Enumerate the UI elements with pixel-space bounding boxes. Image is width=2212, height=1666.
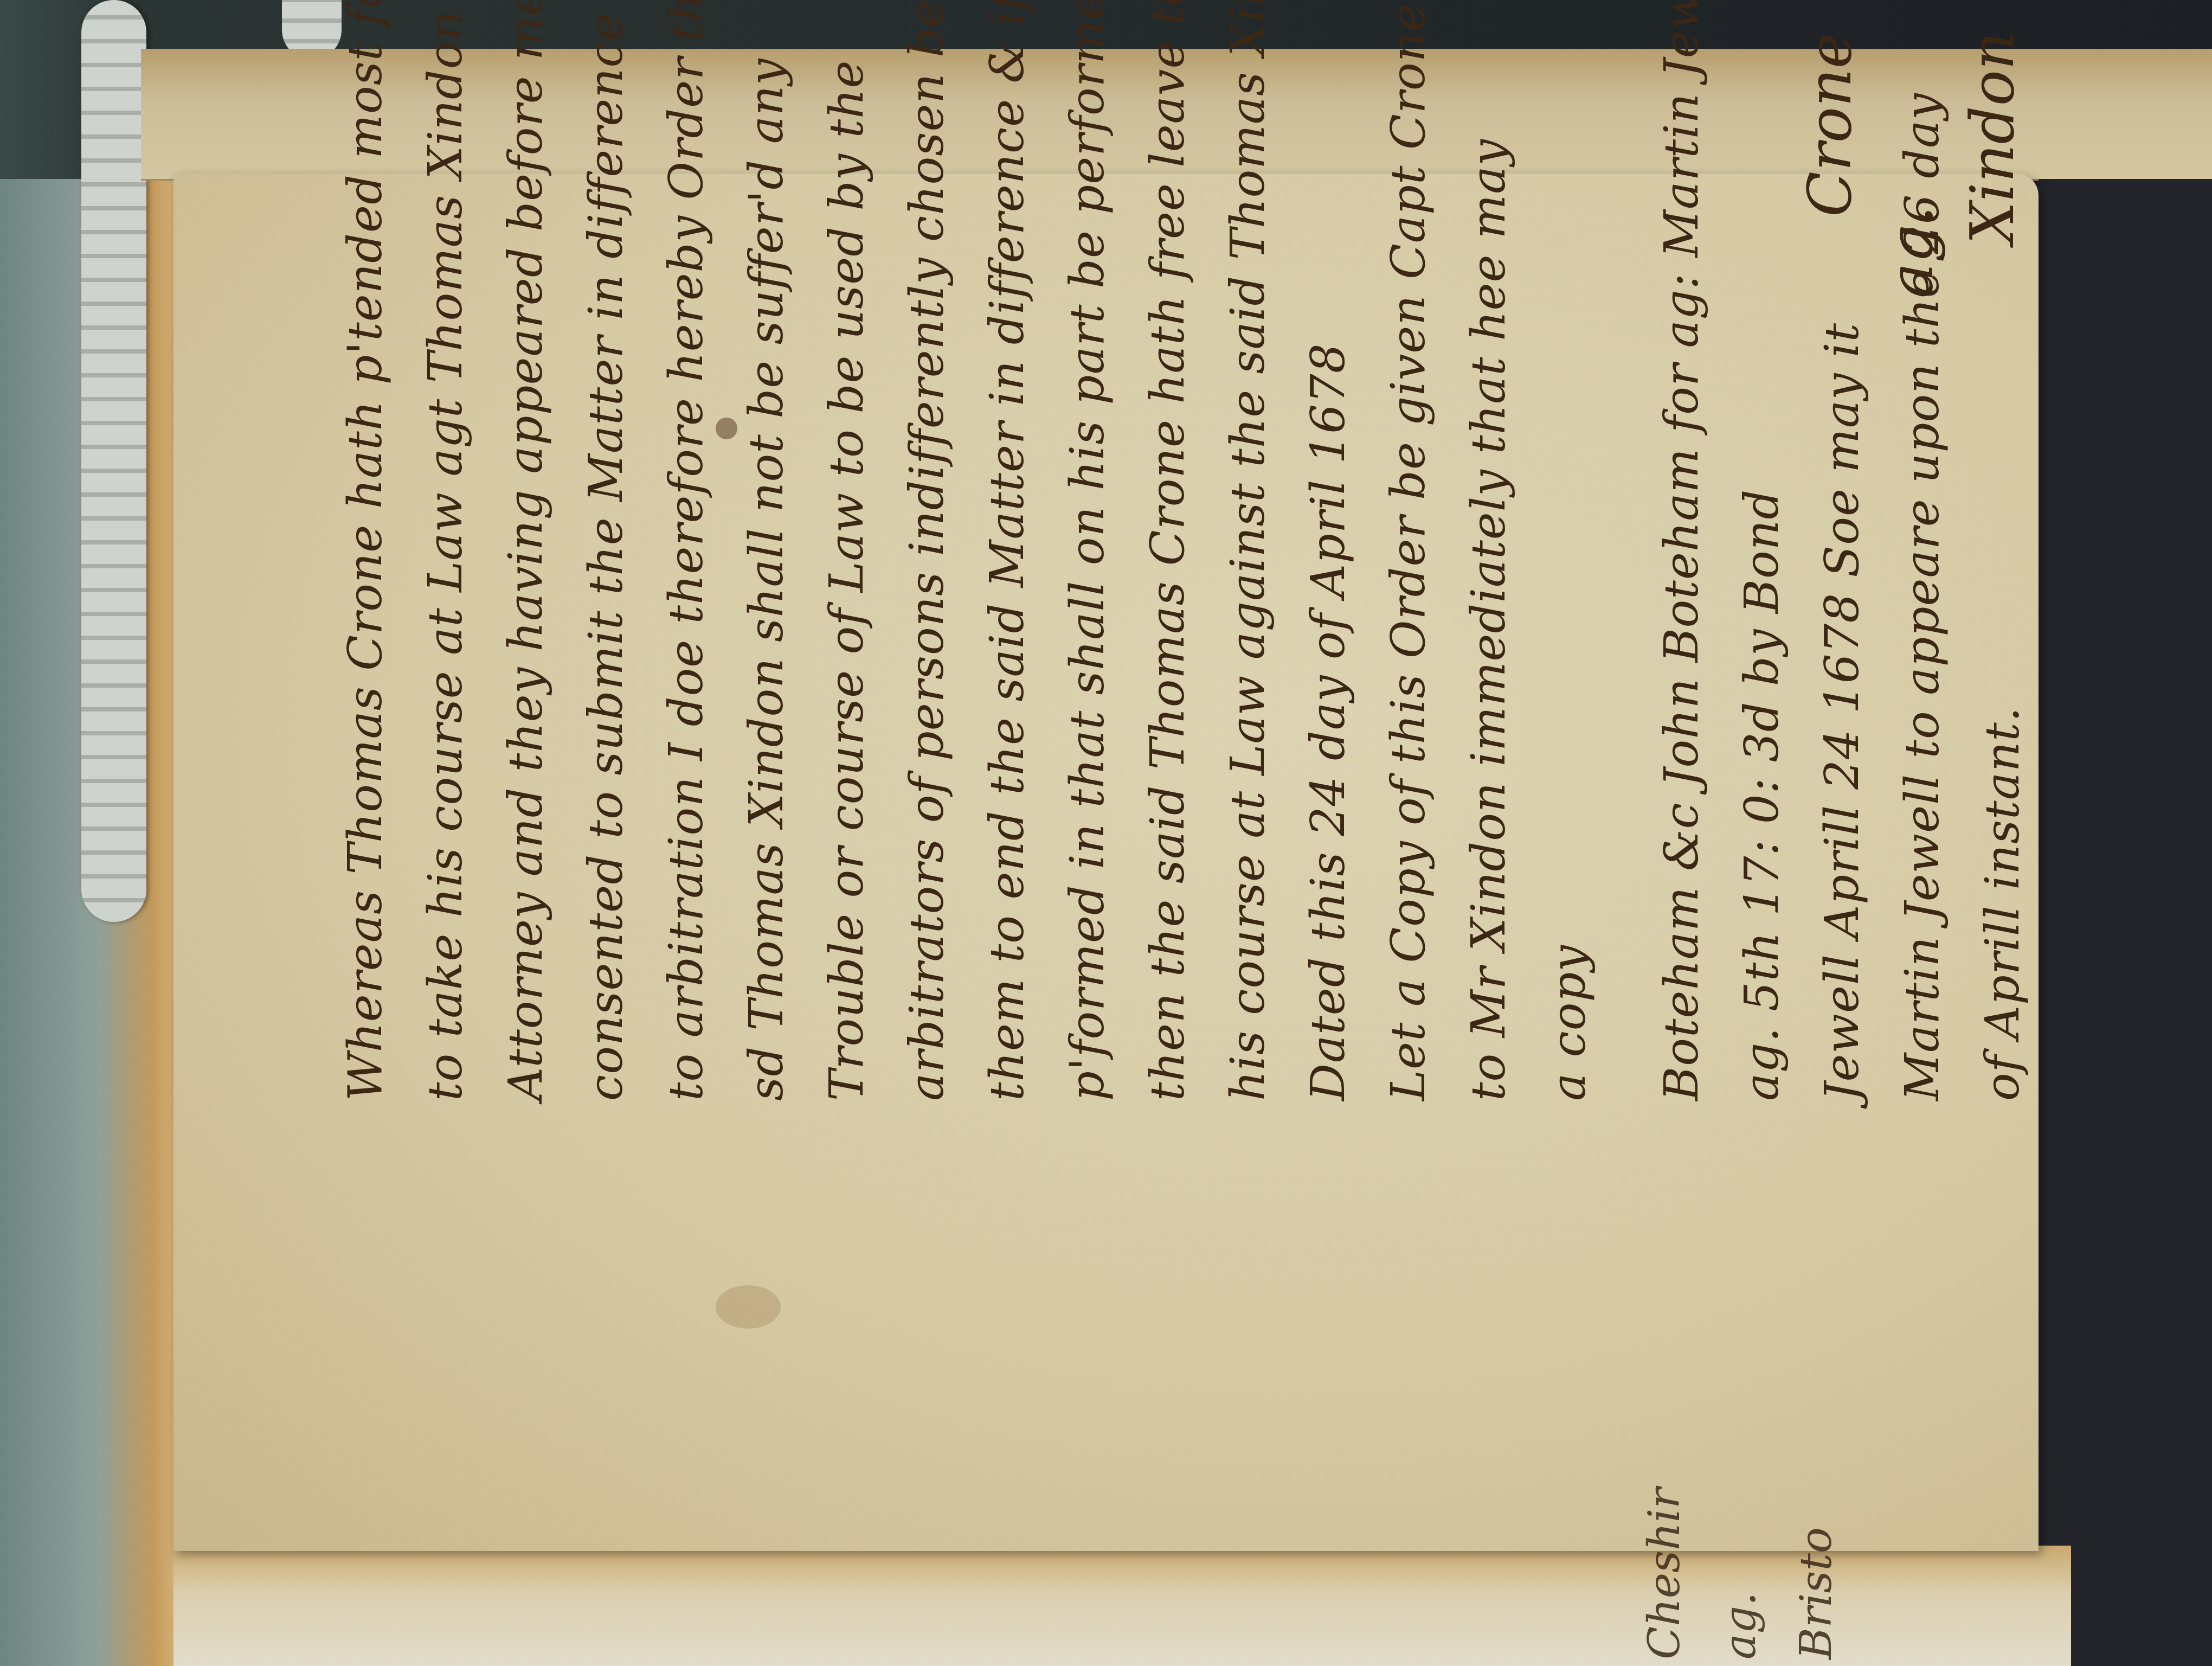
margin-note: Crone — [1789, 31, 1870, 1464]
body-line: to arbitration I doe therefore hereby Or… — [646, 0, 726, 1101]
signature-line: Boteham &c John Boteham for ag: Martin J… — [1642, 0, 1722, 1101]
date-line: Dated this 24 day of April 1678 — [1288, 0, 1368, 1101]
facing-page-notes: Cheshir ag. Bristo — [1626, 1488, 1854, 1659]
body-line: his course at Law against the said Thoma… — [1208, 0, 1288, 1101]
body-line: then the said Thomas Crone hath free lea… — [1128, 0, 1208, 1101]
body-line: sd Thomas Xindon shall not be suffer'd a… — [726, 0, 807, 1101]
margin-note: ag. — [1870, 31, 1952, 1464]
body-line: Whereas Thomas Crone hath p'tended most … — [325, 0, 406, 1101]
margin-note: Xindon — [1952, 31, 2033, 1464]
dark-cloth-edge — [2039, 179, 2212, 1666]
facing-note: Bristo — [1778, 1488, 1854, 1659]
body-line: consented to submit the Matter in differ… — [566, 0, 646, 1101]
body-line: them to end the said Matter in differenc… — [967, 0, 1047, 1101]
facing-note: ag. — [1702, 1488, 1778, 1659]
body-line: p'formed in that shall on his part be pe… — [1047, 0, 1128, 1101]
binding-cord — [81, 0, 146, 922]
body-line: Attorney and they having appeared before… — [486, 0, 566, 1101]
body-line: to take his course at Law agt Thomas Xin… — [406, 0, 486, 1101]
body-line: arbitrators of persons indifferently cho… — [887, 0, 967, 1101]
body-line: Trouble or course of Law to be used by t… — [807, 0, 887, 1101]
body-line: Let a Copy of this Order be given Capt C… — [1368, 0, 1449, 1101]
body-line: a copy — [1529, 0, 1609, 1101]
facing-note: Cheshir — [1626, 1488, 1702, 1659]
body-line: to Mr Xindon immediately that hee may — [1449, 0, 1529, 1101]
document-body: Whereas Thomas Crone hath p'tended most … — [325, 0, 2043, 1101]
rotated-text-block: Whereas Thomas Crone hath p'tended most … — [325, 81, 1952, 1437]
margin-notes: Crone ag. Xindon — [1789, 31, 2033, 1464]
